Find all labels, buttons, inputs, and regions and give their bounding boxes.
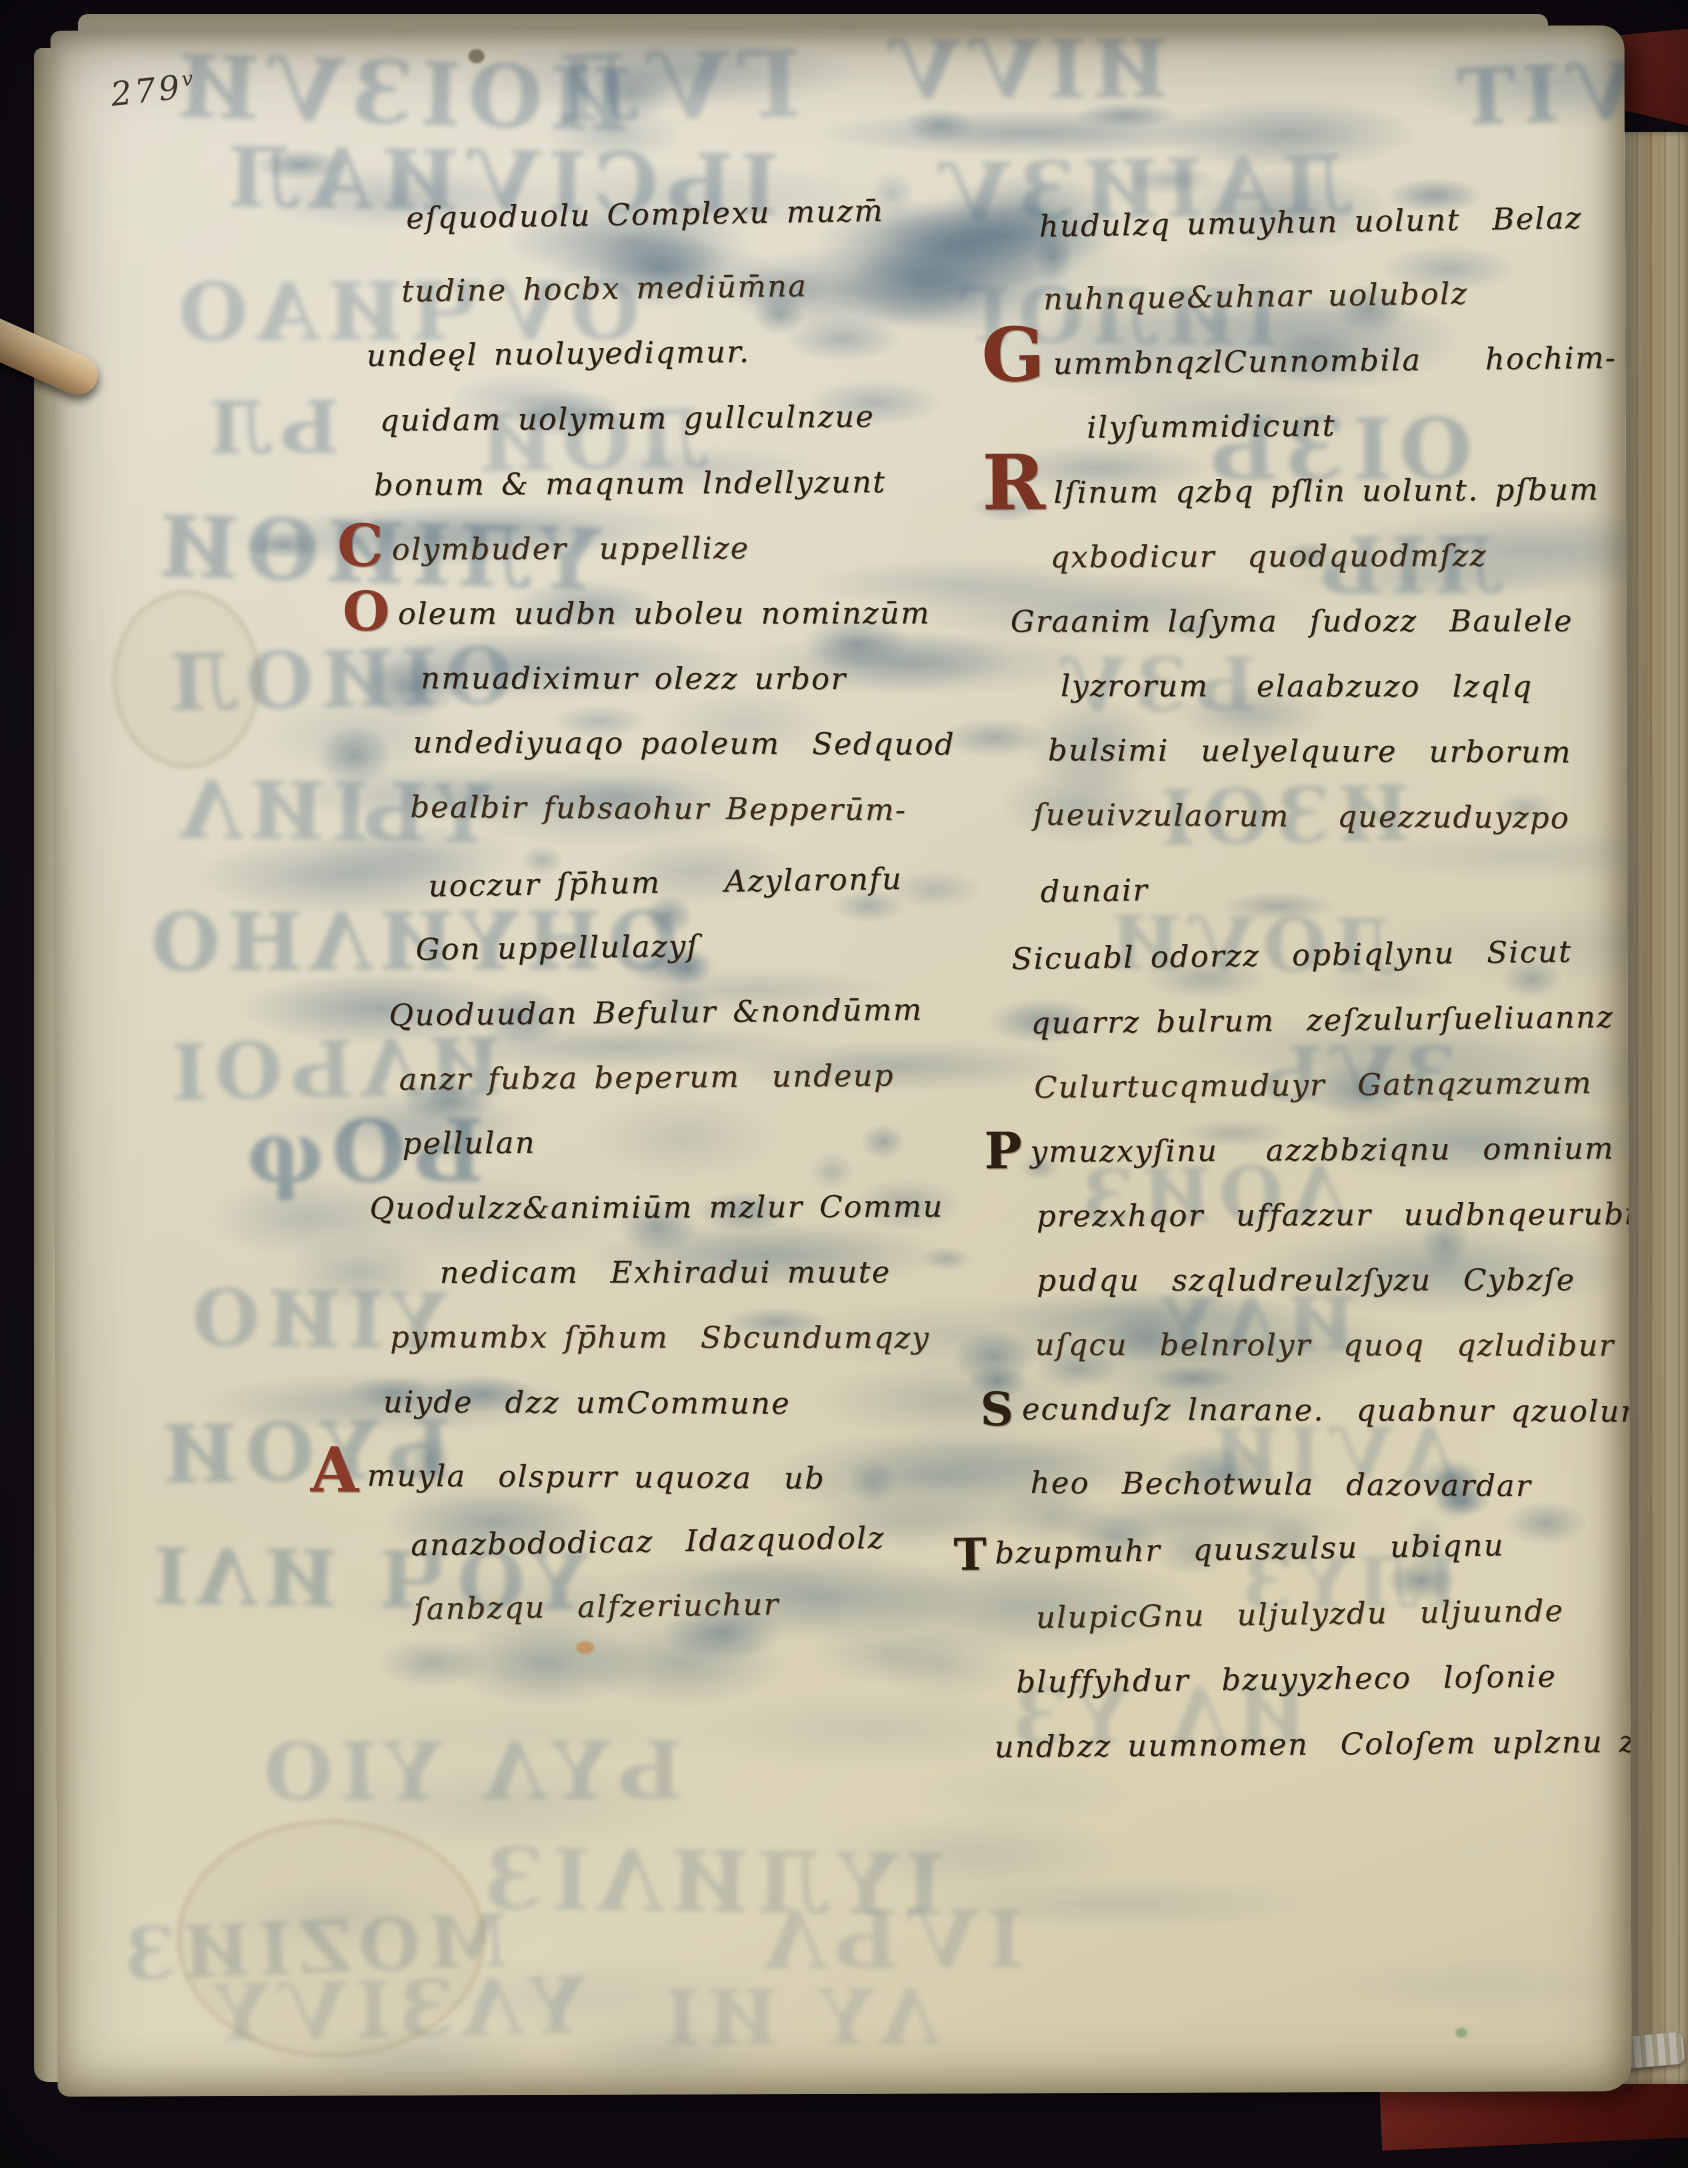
manuscript-line: bluffyhdur bzuyyzheco loſonie [1016,1663,1557,1699]
line-text: qxbodicur quodquodmſzz [1050,539,1487,576]
manuscript-line: Graanim laſyma ſudozz Baulele [1010,607,1573,638]
line-text: lyzrorum elaabzuzo lzqlq [1061,669,1533,705]
manuscript-line: heo Bechotwula dazovardar [1030,1469,1531,1502]
line-text: prezxhqor uffazzur uudbnqeurubiz [1036,1197,1631,1234]
line-text: nuhnque&uhnar uolubolz [1043,277,1468,318]
manuscript-line: nuhnque&uhnar uolubolz [1043,280,1468,316]
right-text-column: hudulzq umuyhun uolunt Belaznuhnque&uhna… [50,25,1631,2096]
line-text: pudqu szqludreulzſyzu Cybzſe [1037,1263,1576,1299]
line-text: bzupmuhr quuszulsu ubiqnu [995,1528,1505,1571]
manuscript-line: ſueuivzulaorum quezzuduyzpo [1033,801,1570,834]
manuscript-line: dunair [1040,876,1149,908]
line-text: hudulzq umuyhun uolunt Belaz [1039,201,1583,245]
line-text: ulupicGnu uljulyzdu uljuunde [1036,1594,1565,1636]
line-text: bulsimi uelyelquure urborum [1048,733,1572,770]
line-text: quarrz bulrum zeſzulurſueliuannz [1031,1000,1614,1041]
manuscript-line: hudulzq umuyhun uolunt Belaz [1039,204,1583,243]
line-text: heo Bechotwula dazovardar [1030,1466,1531,1504]
manuscript-line: undbzz uumnomen Coloſem uplznu zx ſzt [994,1727,1631,1763]
line-text: ummbnqzlCunnombila hochim- [1053,341,1617,382]
manuscript-photo: ИOIЗѴИГѴЛИІѴѴЗѴІТІЬСІѴИАЛЛАІИЗѴОѴЧИАОІИЛ… [0,0,1688,2168]
manuscript-line: Culurtucqmuduyr Gatnqzumzum [1034,1069,1593,1104]
initial-capital: T [954,1555,988,1556]
manuscript-line: GummbnqzlCunnombila hochim- [981,344,1616,381]
line-text: lſinum qzbq pſlin uolunt. pſbum [1053,473,1599,511]
line-text: Sicuabl odorzz opbiqlynu Sicut [1011,935,1572,977]
manuscript-line: qxbodicur quodquodmſzz [1050,542,1487,574]
line-text: uſqcu belnrolyr quoq qzludibur [1035,1328,1615,1364]
line-text: bluffyhdur bzuyyzheco loſonie [1016,1660,1557,1701]
manuscript-line: Tbzupmuhr quuszulsu ubiqnu [954,1531,1505,1570]
manuscript-line: Sicuabl odorzz opbiqlynu Sicut [1011,938,1572,975]
line-text: ecunduſz lnarane. quabnur qzuolur [1022,1392,1632,1429]
initial-capital: G [981,355,1046,356]
line-text: undbzz uumnomen Coloſem uplznu zx ſzt [994,1724,1631,1765]
line-text: ilyſummidicunt [1087,409,1336,446]
manuscript-line: Secunduſz lnarane. quabnur qzuolur [980,1395,1631,1428]
manuscript-line: Rlſinum qzbq pſlin uolunt. pſbum [982,476,1599,510]
manuscript-line: ilyſummidicunt [1087,412,1336,444]
manuscript-line: ulupicGnu uljulyzdu uljuunde [1036,1597,1565,1634]
parchment-page: ИOIЗѴИГѴЛИІѴѴЗѴІТІЬСІѴИАЛЛАІИЗѴОѴЧИАОІИЛ… [50,25,1631,2096]
line-text: Graanim laſyma ſudozz Baulele [1010,604,1573,640]
manuscript-line: uſqcu belnrolyr quoq qzludibur [1035,1331,1615,1362]
manuscript-line: Pymuzxyſinu azzbbziqnu omnium [984,1135,1614,1169]
manuscript-line: lyzrorum elaabzuzo lzqlq [1061,672,1533,703]
line-text: Culurtucqmuduyr Gatnqzumzum [1034,1066,1593,1106]
line-text: ſueuivzulaorum quezzuduyzpo [1033,798,1570,836]
manuscript-line: pudqu szqludreulzſyzu Cybzſe [1037,1266,1576,1297]
manuscript-line: quarrz bulrum zeſzulurſueliuannz [1031,1003,1614,1039]
line-text: ymuzxyſinu azzbbziqnu omnium [1030,1132,1614,1170]
manuscript-line: bulsimi uelyelquure urborum [1048,736,1572,768]
line-text: dunair [1040,873,1149,910]
manuscript-line: prezxhqor uffazzur uudbnqeurubiz [1036,1200,1631,1232]
